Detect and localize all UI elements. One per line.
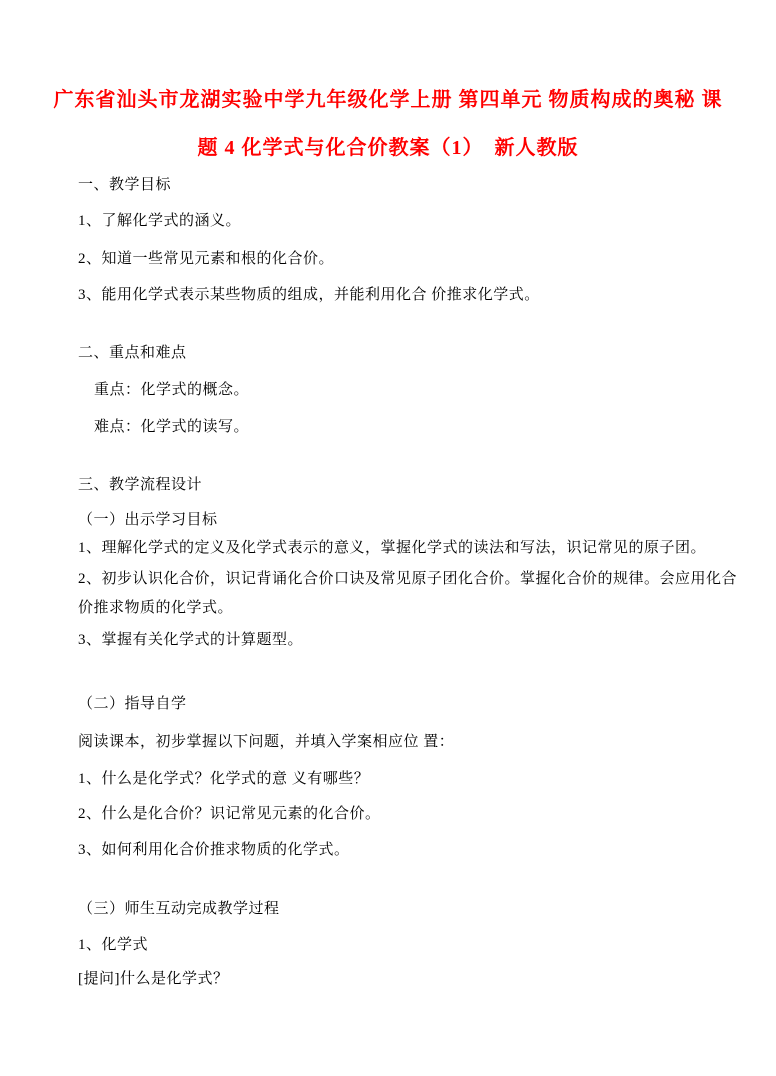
subsection-2-heading: （二）指导自学: [78, 696, 187, 713]
difficult-point-line: 难点：化学式的读写。: [94, 419, 249, 436]
objective-1: 1、了解化学式的涵义。: [78, 213, 241, 230]
subsection-1-heading: （一）出示学习目标: [78, 512, 218, 529]
section-1-heading: 一、教学目标: [78, 177, 171, 194]
self-study-question-1: 1、什么是化学式？化学式的意 义有哪些？: [78, 771, 369, 788]
document-title-line-1: 广东省汕头市龙湖实验中学九年级化学上册 第四单元 物质构成的奥秘 课: [0, 89, 776, 111]
key-point-line: 重点：化学式的概念。: [94, 382, 249, 399]
section-3-heading: 三、教学流程设计: [78, 477, 202, 494]
learning-goal-2-line-1: 2、初步认识化合价，识记背诵化合价口诀及常见原子团化合价。掌握化合价的规律。会应…: [78, 571, 737, 588]
section-2-heading: 二、重点和难点: [78, 345, 187, 362]
objective-2: 2、知道一些常见元素和根的化合价。: [78, 251, 334, 268]
self-study-question-2: 2、什么是化合价？识记常见元素的化合价。: [78, 806, 381, 823]
objective-3: 3、能用化学式表示某些物质的组成，并能利用化合 价推求化学式。: [78, 287, 540, 304]
learning-goal-3: 3、掌握有关化学式的计算题型。: [78, 632, 303, 649]
document-title-line-2: 题 4 化学式与化合价教案（1） 新人教版: [0, 137, 776, 159]
teaching-process-item-1: 1、化学式: [78, 937, 148, 954]
self-study-question-3: 3、如何利用化合价推求物质的化学式。: [78, 842, 350, 859]
learning-goal-1: 1、理解化学式的定义及化学式表示的意义，掌握化学式的读法和写法，识记常见的原子团…: [78, 540, 706, 557]
document-page: 广东省汕头市龙湖实验中学九年级化学上册 第四单元 物质构成的奥秘 课 题 4 化…: [0, 0, 776, 1076]
teacher-question-line: [提问]什么是化学式？: [78, 971, 229, 988]
subsection-3-heading: （三）师生互动完成教学过程: [78, 901, 280, 918]
learning-goal-2-line-2: 价推求物质的化学式。: [78, 600, 233, 617]
self-study-intro: 阅读课本，初步掌握以下问题，并填入学案相应位 置：: [78, 734, 454, 751]
